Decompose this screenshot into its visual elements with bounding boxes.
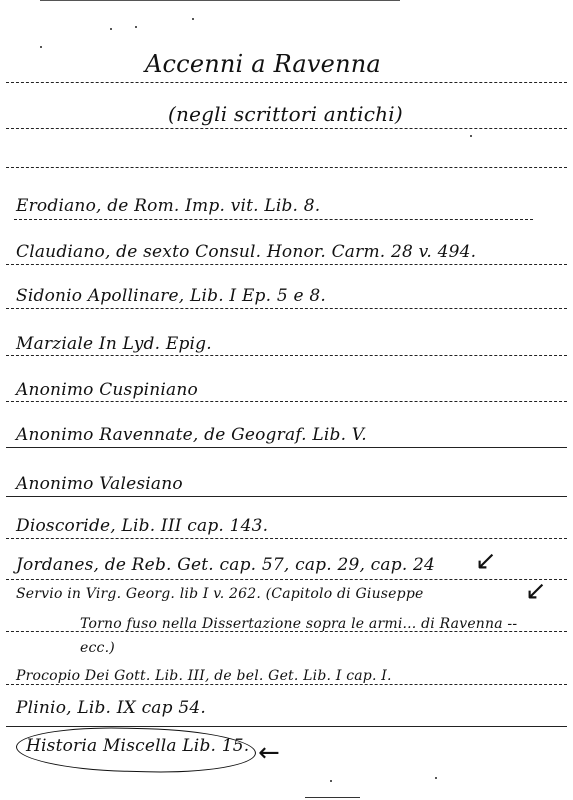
ruled-line: [6, 128, 567, 129]
entry-anonimo-cuspiniano: Anonimo Cuspiniano: [16, 380, 198, 400]
ruled-line: [6, 355, 567, 356]
ruled-line: [6, 496, 567, 497]
entry-dioscoride: Dioscoride, Lib. III cap. 143.: [16, 516, 268, 536]
ruled-line: [6, 401, 567, 402]
ruled-line: [6, 264, 567, 265]
left-arrow-icon: ←: [258, 738, 280, 768]
document-subtitle: (negli scrittori antichi): [168, 102, 403, 126]
margin-arrow-icon: ↙: [525, 576, 547, 606]
ruled-line: [6, 308, 567, 309]
ruled-line: [14, 219, 533, 220]
entry-historia-miscella: Historia Miscella Lib. 15.: [26, 736, 249, 756]
document-title: Accenni a Ravenna: [145, 50, 381, 78]
ink-speck: [435, 777, 437, 779]
bottom-edge-line: [305, 797, 360, 798]
entry-claudiano: Claudiano, de sexto Consul. Honor. Carm.…: [16, 242, 476, 262]
manuscript-page: Accenni a Ravenna (negli scrittori antic…: [0, 0, 573, 800]
ruled-line: [6, 538, 567, 539]
margin-arrow-icon: ↙: [475, 546, 497, 576]
ruled-line: [6, 167, 567, 168]
ruled-line: [6, 631, 567, 632]
ruled-line: [6, 447, 567, 448]
entry-procopio: Procopio Dei Gott. Lib. III, de bel. Get…: [16, 668, 392, 684]
entry-servio-end: ecc.): [80, 640, 115, 656]
ink-speck: [110, 28, 112, 30]
entry-plinio: Plinio, Lib. IX cap 54.: [16, 698, 206, 718]
ink-speck: [40, 46, 42, 48]
ruled-line: [6, 726, 567, 727]
ruled-line: [6, 684, 567, 685]
entry-servio-continuation: Torno fuso nella Dissertazione sopra le …: [80, 616, 517, 632]
ruled-line: [6, 579, 567, 580]
ruled-line: [6, 82, 567, 83]
entry-servio: Servio in Virg. Georg. lib I v. 262. (Ca…: [16, 586, 423, 602]
ink-speck: [470, 135, 472, 137]
entry-anonimo-ravennate: Anonimo Ravennate, de Geograf. Lib. V.: [16, 425, 367, 445]
ink-speck: [135, 26, 137, 28]
ink-speck: [330, 780, 332, 782]
entry-marziale: Marziale In Lyd. Epig.: [16, 334, 212, 354]
entry-anonimo-valesiano: Anonimo Valesiano: [16, 474, 183, 494]
entry-erodiano: Erodiano, de Rom. Imp. vit. Lib. 8.: [16, 196, 320, 216]
entry-sidonio: Sidonio Apollinare, Lib. I Ep. 5 e 8.: [16, 286, 326, 306]
top-edge-line: [40, 0, 400, 1]
ink-speck: [192, 18, 194, 20]
entry-jordanes: Jordanes, de Reb. Get. cap. 57, cap. 29,…: [16, 555, 435, 575]
